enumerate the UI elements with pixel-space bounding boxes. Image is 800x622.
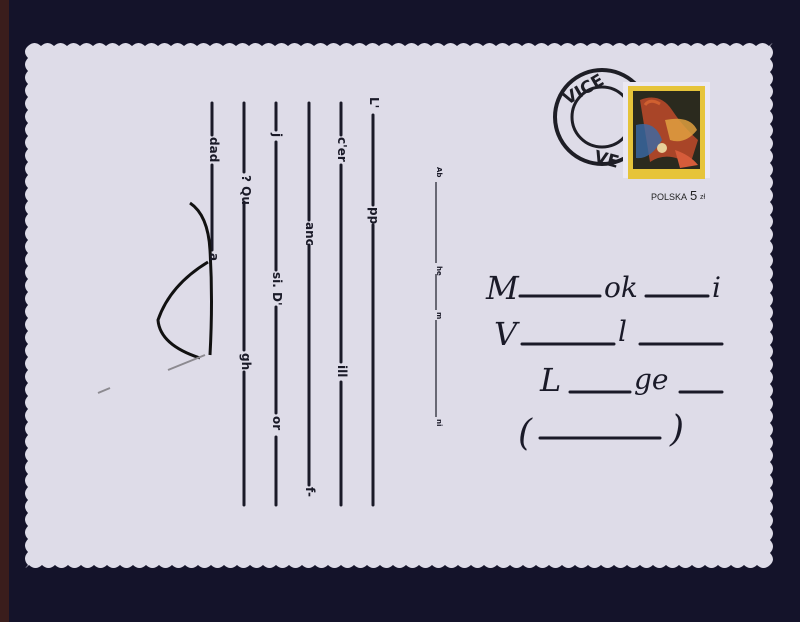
signature-fragment: he — [435, 266, 442, 276]
message-fragment: gh — [240, 353, 252, 370]
message-fragment: anc — [304, 222, 316, 246]
address-fragment: ( — [518, 416, 532, 452]
postage-stamp — [623, 82, 710, 179]
signature-fragment: ni — [435, 419, 442, 426]
address-fragment: V — [494, 318, 517, 350]
stamp-value: 5 — [690, 188, 697, 203]
address-fragment: ) — [670, 412, 684, 448]
message-fragment: c'er — [336, 137, 348, 162]
message-fragment: pp — [368, 207, 380, 224]
message-fragment: dad — [208, 137, 220, 162]
address-fragment: ok — [604, 274, 638, 302]
postcard — [0, 0, 800, 622]
address-fragment: L — [540, 364, 561, 396]
message-fragment: ill — [336, 365, 348, 377]
message-fragment: j — [271, 133, 283, 137]
message-fragment: or — [271, 416, 283, 430]
message-fragment: ? Qu — [240, 175, 252, 205]
stamp-country: POLSKA — [651, 192, 687, 202]
signature-fragment: m — [435, 312, 442, 319]
message-fragment: f- — [304, 487, 316, 497]
message-fragment: si. D' — [271, 272, 283, 306]
address-fragment: i — [712, 274, 721, 302]
address-fragment: M — [486, 272, 519, 304]
message-fragment: a — [208, 253, 220, 261]
stamp-unit: zł — [700, 194, 705, 201]
message-fragment: L' — [368, 97, 380, 108]
signature-fragment: Ab — [435, 167, 442, 177]
address-fragment: ge — [634, 366, 669, 394]
address-fragment: l — [618, 318, 627, 346]
